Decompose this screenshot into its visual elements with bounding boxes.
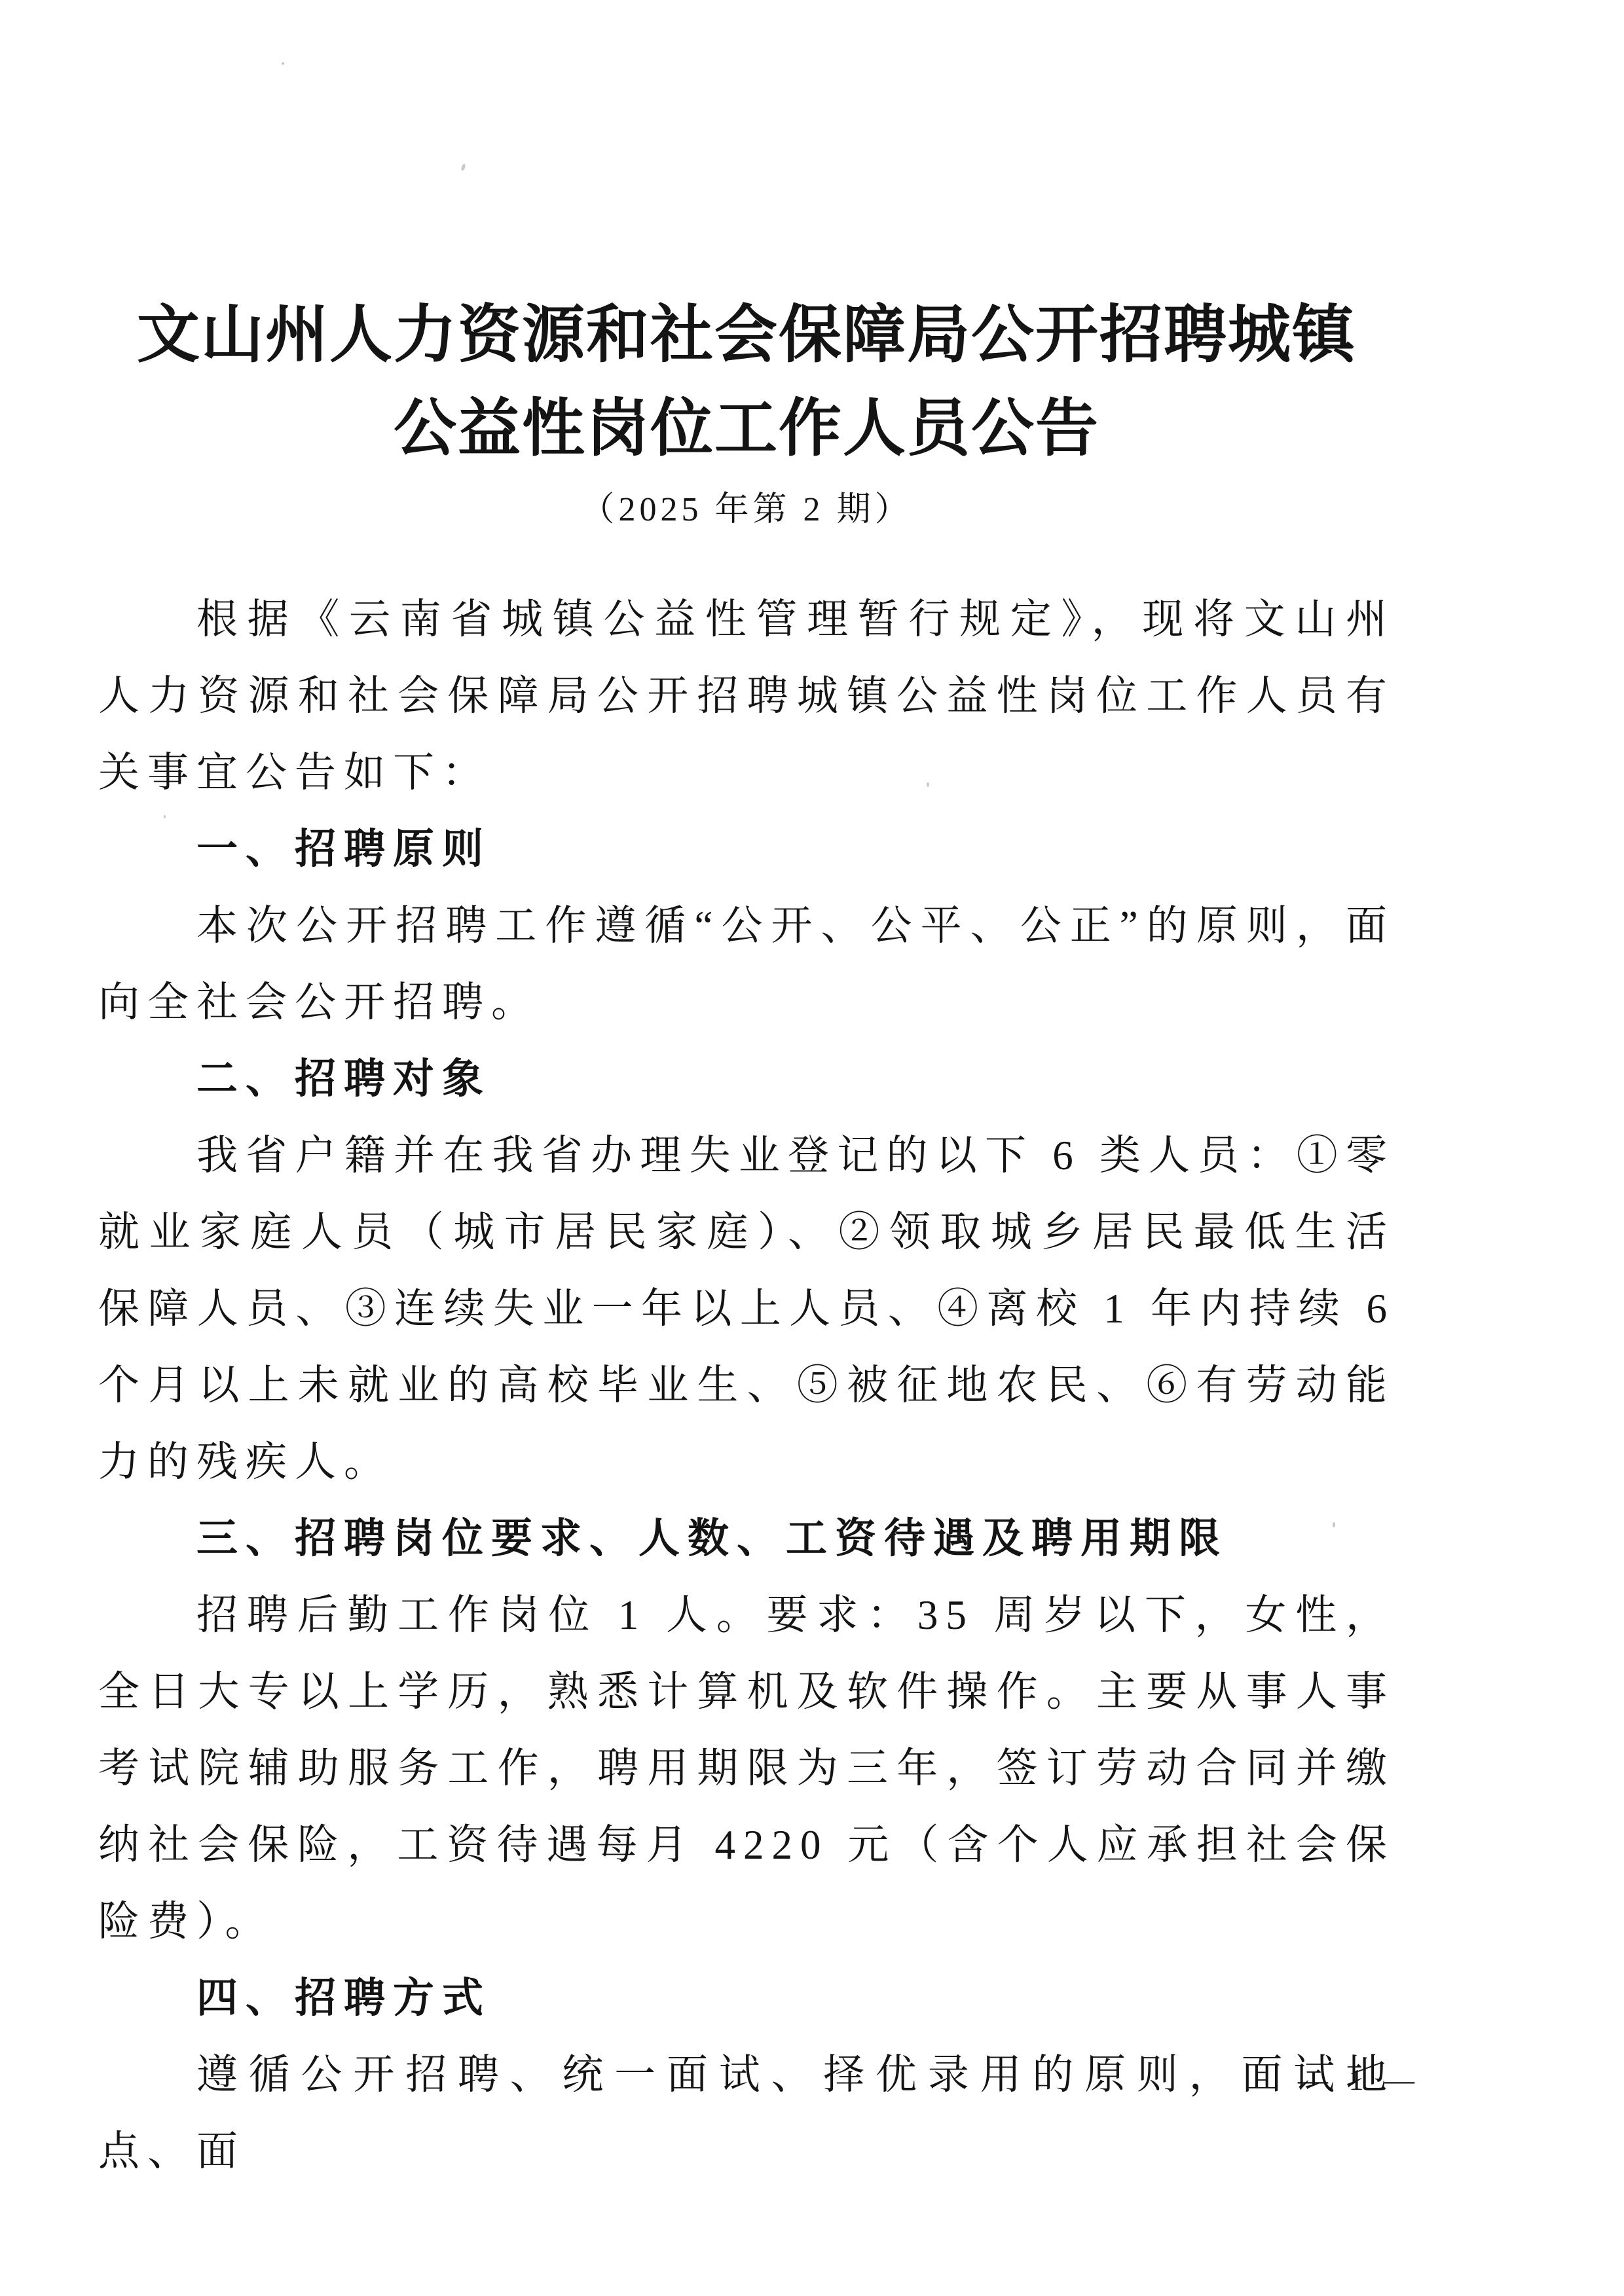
paragraph-principle: 本次公开招聘工作遵循“公开、公平、公正”的原则，面向全社会公开招聘。 [98, 888, 1395, 1041]
section-heading-1: 一、招聘原则 [98, 811, 1395, 888]
document-issue-number: （2025 年第 2 期） [98, 484, 1395, 536]
document-title: 文山州人力资源和社会保障局公开招聘城镇 公益性岗位工作人员公告 [98, 288, 1395, 475]
paragraph-eligible-persons: 我省户籍并在我省办理失业登记的以下 6 类人员：①零就业家庭人员（城市居民家庭）… [98, 1118, 1395, 1501]
document-title-line1: 文山州人力资源和社会保障局公开招聘城镇 [98, 288, 1395, 382]
scan-artifact-speck [282, 62, 284, 65]
scan-artifact-speck [460, 163, 466, 171]
document-body: 根据《云南省城镇公益性管理暂行规定》，现将文山州人力资源和社会保障局公开招聘城镇… [98, 581, 1395, 2190]
section-heading-4: 四、招聘方式 [98, 1960, 1395, 2037]
scanned-document-page: 文山州人力资源和社会保障局公开招聘城镇 公益性岗位工作人员公告 （2025 年第… [0, 0, 1624, 2296]
page-number: — 1 — [1298, 2062, 1421, 2097]
paragraph-position-details: 招聘后勤工作岗位 1 人。要求：35 周岁以下，女性，全日大专以上学历，熟悉计算… [98, 1577, 1395, 1960]
paragraph-method-truncated: 遵循公开招聘、统一面试、择优录用的原则，面试地点、面 [98, 2037, 1395, 2190]
document-content: 文山州人力资源和社会保障局公开招聘城镇 公益性岗位工作人员公告 （2025 年第… [98, 288, 1395, 2190]
section-heading-3: 三、招聘岗位要求、人数、工资待遇及聘用期限 [98, 1501, 1395, 1577]
section-heading-2: 二、招聘对象 [98, 1041, 1395, 1118]
paragraph-intro: 根据《云南省城镇公益性管理暂行规定》，现将文山州人力资源和社会保障局公开招聘城镇… [98, 581, 1395, 811]
document-title-line2: 公益性岗位工作人员公告 [98, 382, 1395, 475]
